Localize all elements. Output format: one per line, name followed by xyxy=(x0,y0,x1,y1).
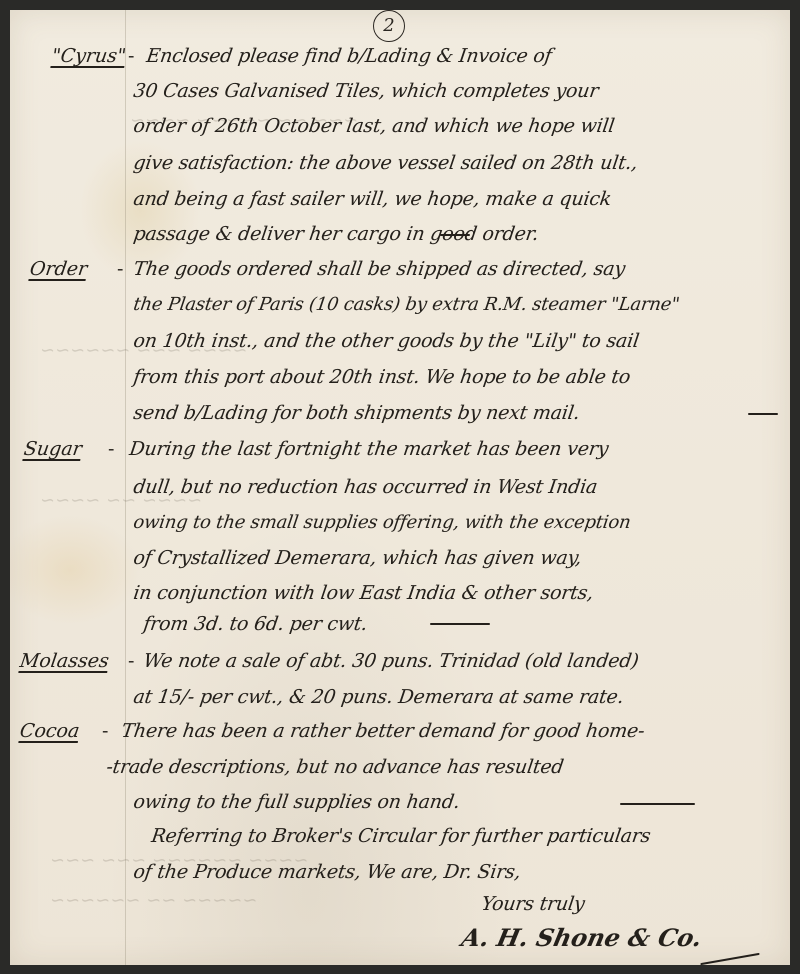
section-heading-sugar: Sugar xyxy=(22,438,83,460)
page-number: 2 xyxy=(373,10,405,42)
letter-line: from this port about 20th inst. We hope … xyxy=(132,366,632,388)
letter-line: order of 26th October last, and which we… xyxy=(132,115,616,137)
closing-salutation: Yours truly xyxy=(480,893,586,915)
letter-line: send b/Lading for both shipments by next… xyxy=(132,402,581,424)
signature-flourish xyxy=(700,953,759,965)
letter-line: of Crystallized Demerara, which has give… xyxy=(132,547,583,569)
letter-line: passage & deliver her cargo in good orde… xyxy=(132,223,540,245)
letter-line: at 15/- per cwt., & 20 puns. Demerara at… xyxy=(132,686,625,708)
margin-rule xyxy=(125,10,126,965)
letter-line: owing to the small supplies offering, wi… xyxy=(132,512,632,533)
line-end-flourish xyxy=(620,803,695,805)
heading-dash: - xyxy=(128,45,134,67)
letter-line: owing to the full supplies on hand. xyxy=(132,791,461,813)
show-through-text: ~~~~~ ~~ ~~~~~~ xyxy=(48,890,259,911)
letter-line: dull, but no reduction has occurred in W… xyxy=(132,476,599,498)
section-heading-cyrus: "Cyrus" xyxy=(50,45,127,67)
letter-line: the Plaster of Paris (10 casks) by extra… xyxy=(132,294,681,315)
letter-line: 30 Cases Galvanised Tiles, which complet… xyxy=(132,80,600,102)
line-end-flourish xyxy=(748,413,778,415)
letter-line: on 10th inst., and the other goods by th… xyxy=(132,330,641,352)
letter-line: We note a sale of abt. 30 puns. Trinidad… xyxy=(142,650,640,672)
closing-line: Referring to Broker's Circular for furth… xyxy=(150,825,652,847)
letter-line: -trade descriptions, but no advance has … xyxy=(105,756,565,778)
letter-line: give satisfaction: the above vessel sail… xyxy=(132,152,639,174)
heading-dash: - xyxy=(102,720,108,742)
heading-dash: - xyxy=(128,650,134,672)
letter-page: ~~~ ~~ ~~~~~ ~~~~ ~~~~ ~~~ ~~~~~~ ~~~~ ~… xyxy=(10,10,790,965)
line-end-flourish xyxy=(430,623,490,625)
heading-dash: - xyxy=(108,438,114,460)
letter-line: in conjunction with low East India & oth… xyxy=(132,582,595,604)
letter-line: Enclosed please find b/Lading & Invoice … xyxy=(145,45,553,67)
section-heading-cocoa: Cocoa xyxy=(18,720,80,742)
letter-line: There has been a rather better demand fo… xyxy=(120,720,646,742)
section-heading-molasses: Molasses xyxy=(18,650,110,672)
letter-line: and being a fast sailer will, we hope, m… xyxy=(132,188,613,210)
letter-line: from 3d. to 6d. per cwt. xyxy=(142,613,369,635)
letter-line: During the last fortnight the market has… xyxy=(128,438,610,460)
section-heading-order: Order xyxy=(28,258,88,280)
letter-line: The goods ordered shall be shipped as di… xyxy=(132,258,627,280)
heading-dash: - xyxy=(117,258,123,280)
line-end-flourish xyxy=(440,234,470,236)
closing-line: of the Produce markets, We are, Dr. Sirs… xyxy=(132,861,522,883)
signature: A. H. Shone & Co. xyxy=(459,923,705,952)
